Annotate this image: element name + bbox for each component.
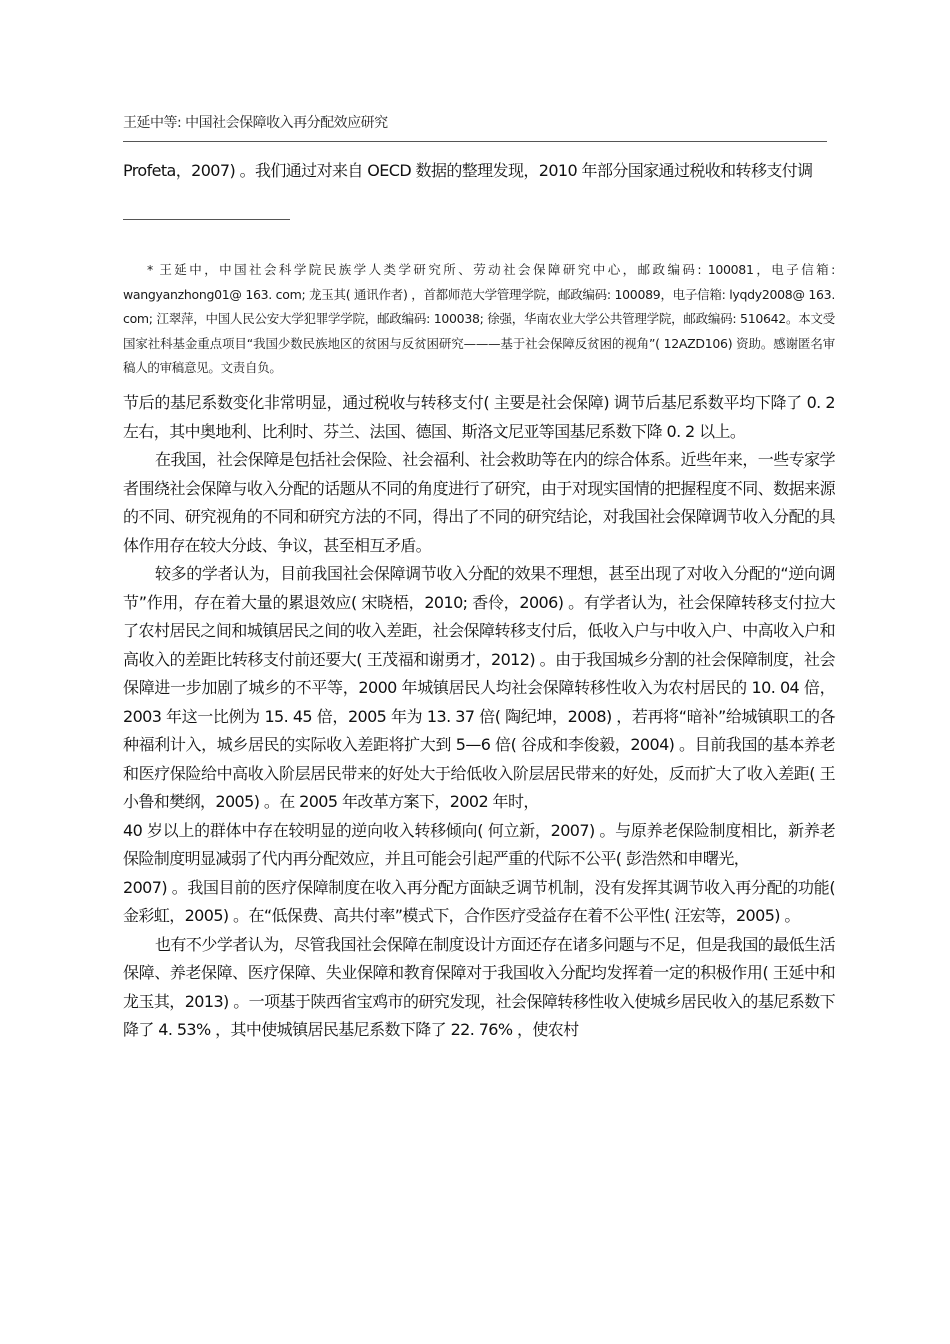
paragraph-2: 在我国，社会保障是包括社会保险、社会福利、社会救助等在内的综合体系。近些年来，一… [123, 446, 835, 560]
header-divider [123, 141, 827, 142]
main-body: 节后的基尼系数变化非常明显，通过税收与转移支付( 主要是社会保障) 调节后基尼系… [123, 389, 835, 1045]
paragraph-3: 较多的学者认为，目前我国社会保障调节收入分配的效果不理想，甚至出现了对收入分配的… [123, 560, 835, 817]
paragraph-6: 也有不少学者认为，尽管我国社会保障在制度设计方面还存在诸多问题与不足，但是我国的… [123, 931, 835, 1045]
paragraph-4: 40 岁以上的群体中存在较明显的逆向收入转移倾向( 何立新，2007) 。与原养… [123, 817, 835, 874]
running-header: 王延中等: 中国社会保障收入再分配效应研究 [123, 114, 388, 132]
paragraph-5: 2007) 。我国目前的医疗保障制度在收入再分配方面缺乏调节机制，没有发挥其调节… [123, 874, 835, 931]
paragraph-1: 节后的基尼系数变化非常明显，通过税收与转移支付( 主要是社会保障) 调节后基尼系… [123, 389, 835, 446]
footnote-divider [123, 219, 290, 220]
continued-paragraph: Profeta，2007) 。我们通过对来自 OECD 数据的整理发现，2010… [123, 157, 835, 186]
paragraph-continued-top: Profeta，2007) 。我们通过对来自 OECD 数据的整理发现，2010… [123, 157, 835, 186]
footnote: * 王延中，中国社会科学院民族学人类学研究所、劳动社会保障研究中心，邮政编码: … [123, 258, 835, 381]
document-page: 王延中等: 中国社会保障收入再分配效应研究 Profeta，2007) 。我们通… [0, 0, 950, 1344]
footnote-text: * 王延中，中国社会科学院民族学人类学研究所、劳动社会保障研究中心，邮政编码: … [123, 258, 835, 381]
